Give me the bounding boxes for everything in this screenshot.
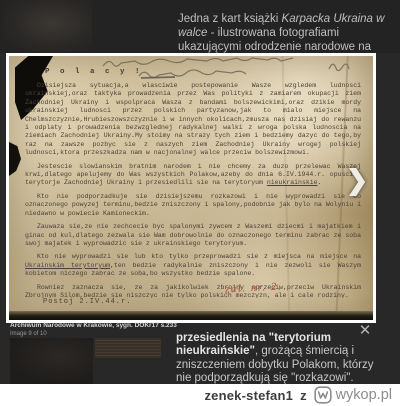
chevron-right-icon: ❯ xyxy=(346,165,369,195)
document-paragraph: Kto nie podporzadkuje sie dzisiejszemu r… xyxy=(25,193,361,218)
username: zenek-stefan1 xyxy=(204,388,293,403)
image-counter: Image 9 of 10 xyxy=(10,331,47,337)
watermark-bar: zenek-stefan1 z wykop.pl xyxy=(0,384,400,406)
next-image-button[interactable]: ❯ xyxy=(342,162,372,198)
close-button[interactable]: ✕ xyxy=(354,320,376,342)
background-photo xyxy=(4,0,92,52)
preposition: z xyxy=(300,388,307,403)
document-paragraph: Jestescie slowianskim bratnim narodem i … xyxy=(25,163,361,188)
post-caption-suffix: - ilustrowana fotografiami ukazującymi o… xyxy=(178,27,371,54)
document-paragraph: Kto nie wyprowadzi sie lub kto tylko prz… xyxy=(25,253,361,278)
scan-bottom-edge xyxy=(9,311,373,320)
document-paragraph: Rowniez zaznacza sie, ze za jakikolwiek … xyxy=(25,284,361,298)
thumbnail-photo[interactable] xyxy=(10,338,93,384)
wykop-logo-icon xyxy=(314,386,332,404)
close-icon: ✕ xyxy=(359,322,372,339)
post-caption-prefix: Jedna z kart książki xyxy=(178,13,282,25)
document-date-line: Postoj 2.IV.44.r. xyxy=(43,298,131,306)
archive-caption: Archiwum Narodowe w Krakowie, sygn. DOKr… xyxy=(10,322,180,329)
post-caption: Jedna z kart książki Karpacka Ukraina w … xyxy=(178,12,392,54)
document-image[interactable]: P o l a c y ! Dzisiejsza sytuacja,a wlas… xyxy=(6,53,376,323)
thumbnail-document[interactable] xyxy=(95,338,161,358)
document-paragraph: Zauwaza sie,ze nie zechcecie byc spalony… xyxy=(25,223,361,248)
post-header-strip: Jedna z kart książki Karpacka Ukraina w … xyxy=(0,0,400,53)
document-paper: P o l a c y ! Dzisiejsza sytuacja,a wlas… xyxy=(9,56,373,320)
brand-name: wykop.pl xyxy=(336,387,392,403)
document-body: Dzisiejsza sytuacja,a wlasciwie postepow… xyxy=(25,82,361,298)
document-paragraph: Dzisiejsza sytuacja,a wlasciwie postepow… xyxy=(25,82,361,158)
paper-tear-small xyxy=(9,142,21,176)
document-heading: P o l a c y ! xyxy=(45,68,143,76)
image-lightbox: Jedna z kart książki Karpacka Ukraina w … xyxy=(0,0,400,406)
